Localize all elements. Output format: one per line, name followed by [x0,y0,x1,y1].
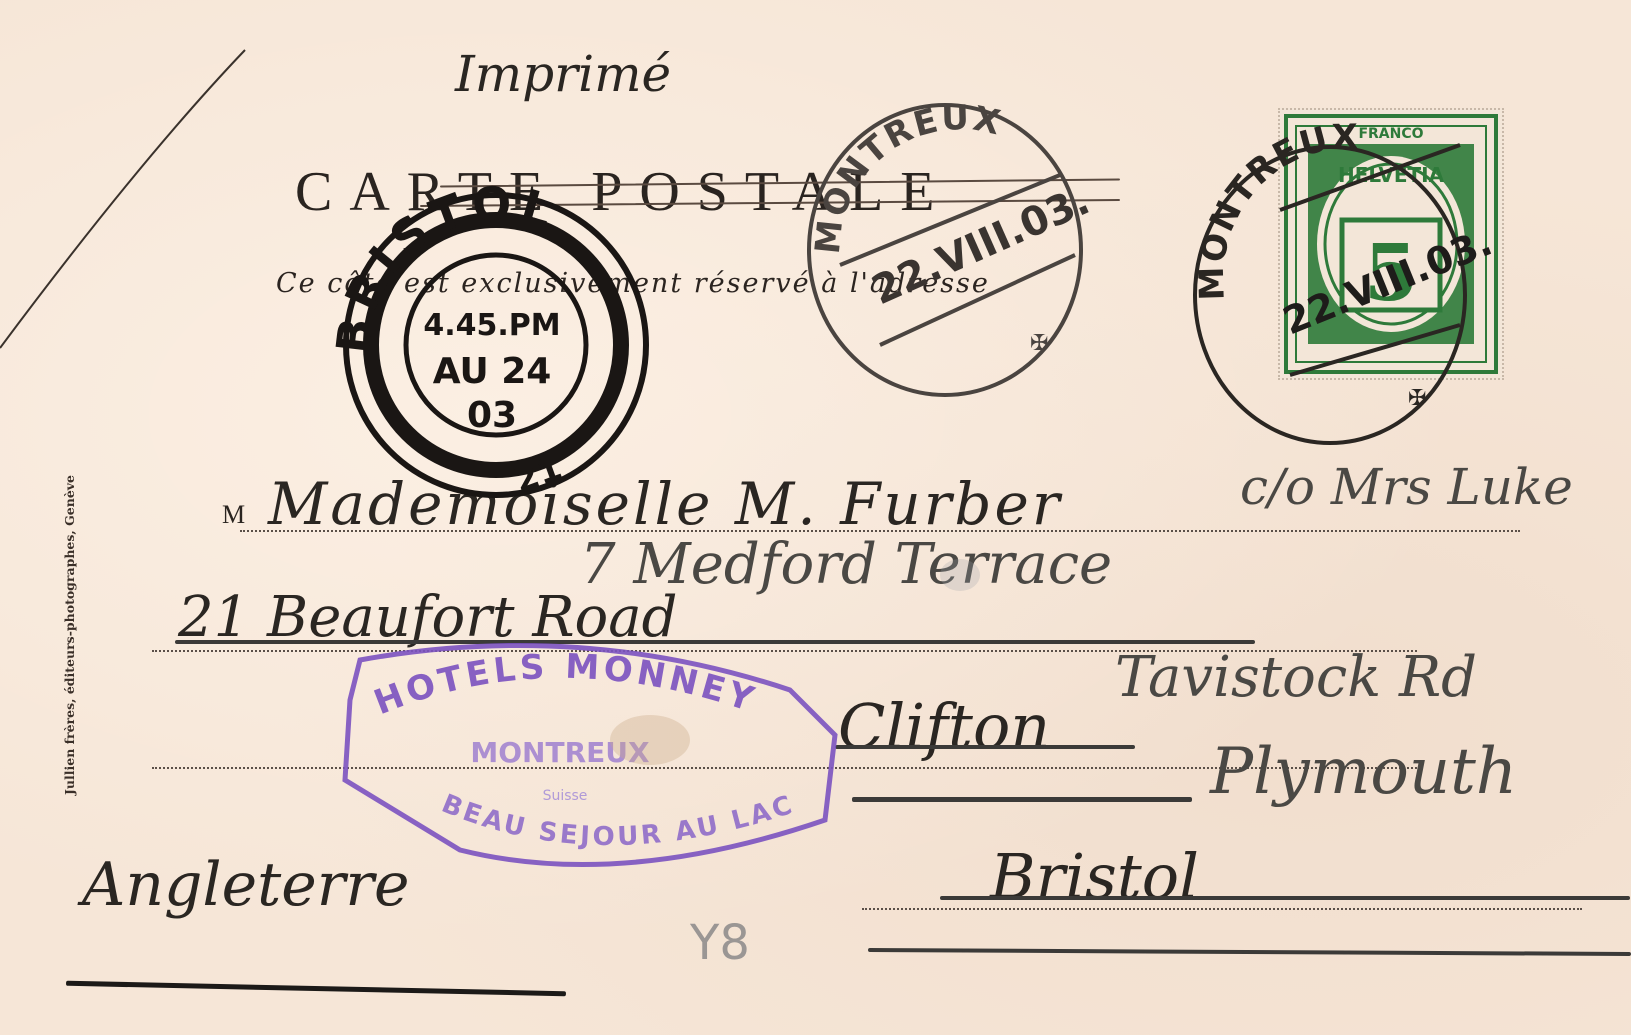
montreux-2-town: MONTREUX [1192,117,1360,301]
postmark-overlay: BRISTOL 4.45.PM AU 24 03 21 MONTREUX 22.… [0,0,1631,1035]
montreux-1-star-icon: ✠ [1030,331,1048,356]
bristol-time: 4.45.PM [423,308,560,343]
paper-stain [610,715,690,765]
bristol-postmark [346,195,646,495]
hotel-cachet-name: HOTELS MONNEY [369,647,762,724]
postcard: CARTE POSTALE Ce côté est exclusivement … [0,0,1631,1035]
hotel-cachet-country: Suisse [543,788,588,804]
bristol-date: AU 24 [433,351,552,392]
bristol-year: 03 [467,395,517,436]
montreux-1-date: 22.VIII.03. [865,178,1096,315]
ink-smudge [940,559,980,591]
montreux-2-star-icon: ✠ [1408,386,1426,411]
